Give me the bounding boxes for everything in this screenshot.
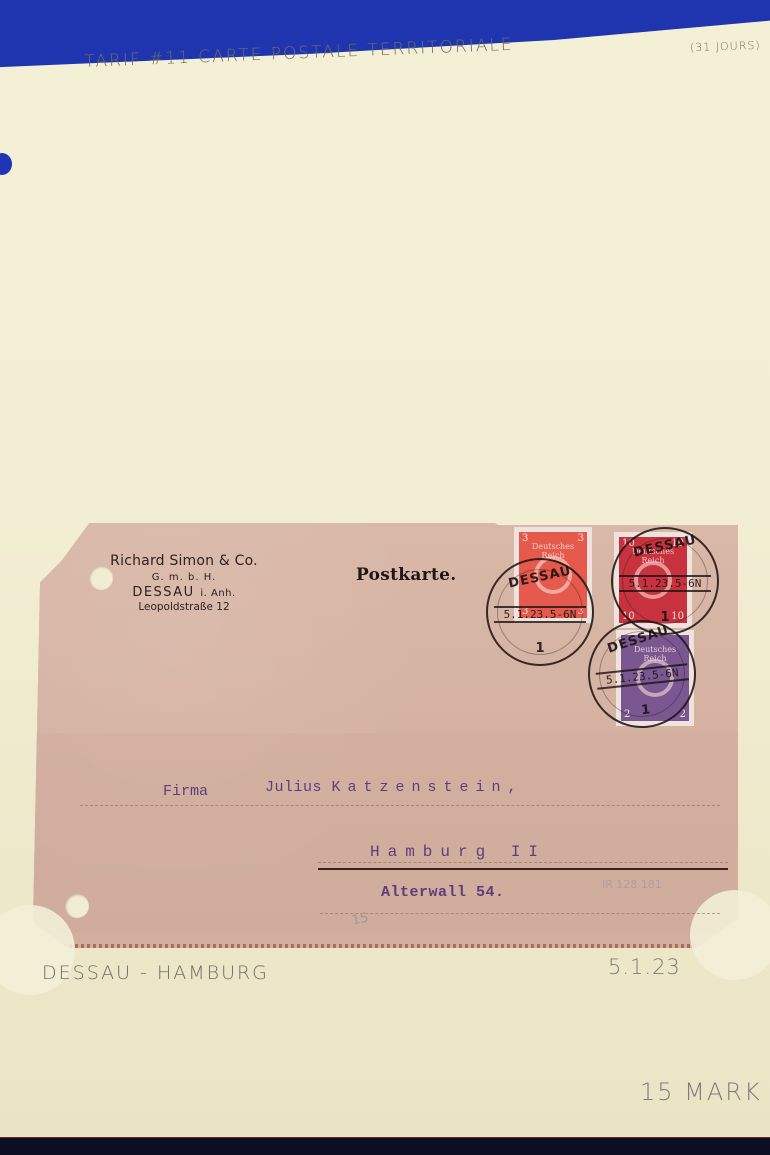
- recipient-city: Hamburg II: [370, 843, 546, 861]
- address-line-3: [320, 913, 720, 914]
- sender-legal-form: G. m. b. H.: [99, 572, 269, 583]
- destination-underline: [318, 868, 728, 870]
- postmark-date: 5.1.23.5-6N: [596, 663, 689, 690]
- sender-imprint: Richard Simon & Co. G. m. b. H. DESSAU i…: [99, 553, 269, 613]
- recipient-first-name: Julius: [265, 779, 322, 796]
- postcard-heading: Postkarte.: [356, 565, 456, 585]
- sender-city: DESSAU i. Anh.: [99, 585, 269, 600]
- rate-note: 15 MARK: [640, 1078, 762, 1106]
- recipient-last-name: Katzenstein,: [332, 779, 524, 796]
- recipient-prefix: Firma: [163, 783, 208, 800]
- postmark-dessau: DESSAU 5.1.23.5-6N 1: [486, 558, 594, 666]
- route-note: DESSAU - HAMBURG: [42, 962, 269, 984]
- punch-hole-bottom: [65, 894, 89, 918]
- address-line-1: [80, 805, 720, 806]
- recipient-name: Julius Katzenstein,: [265, 779, 524, 796]
- sender-city-suffix: i. Anh.: [200, 588, 235, 599]
- postmark-dessau: DESSAU 5.1.23.5-6N 1: [611, 527, 719, 635]
- postmark-office: 1: [488, 641, 592, 656]
- album-bottom-edge: [0, 1137, 770, 1155]
- card-fold-band: [33, 733, 738, 933]
- address-line-2: [318, 862, 728, 863]
- period-note: (31 JOURS): [690, 39, 761, 54]
- sender-name: Richard Simon & Co.: [99, 553, 269, 569]
- sender-city-name: DESSAU: [132, 585, 194, 600]
- album-scene: TARIF #11 CARTE POSTALE TERRITORIALE (31…: [0, 0, 770, 1155]
- date-note: 5.1.23: [608, 955, 681, 979]
- photo-corner-mount-right: [690, 890, 770, 980]
- sender-street: Leopoldstraße 12: [99, 601, 269, 613]
- postmark-date: 5.1.23.5-6N: [494, 606, 586, 623]
- faint-pencil-annotation: IR 128 181: [602, 878, 662, 891]
- postmark-date: 5.1.23.5-6N: [619, 575, 711, 592]
- recipient-street: Alterwall 54.: [381, 884, 505, 901]
